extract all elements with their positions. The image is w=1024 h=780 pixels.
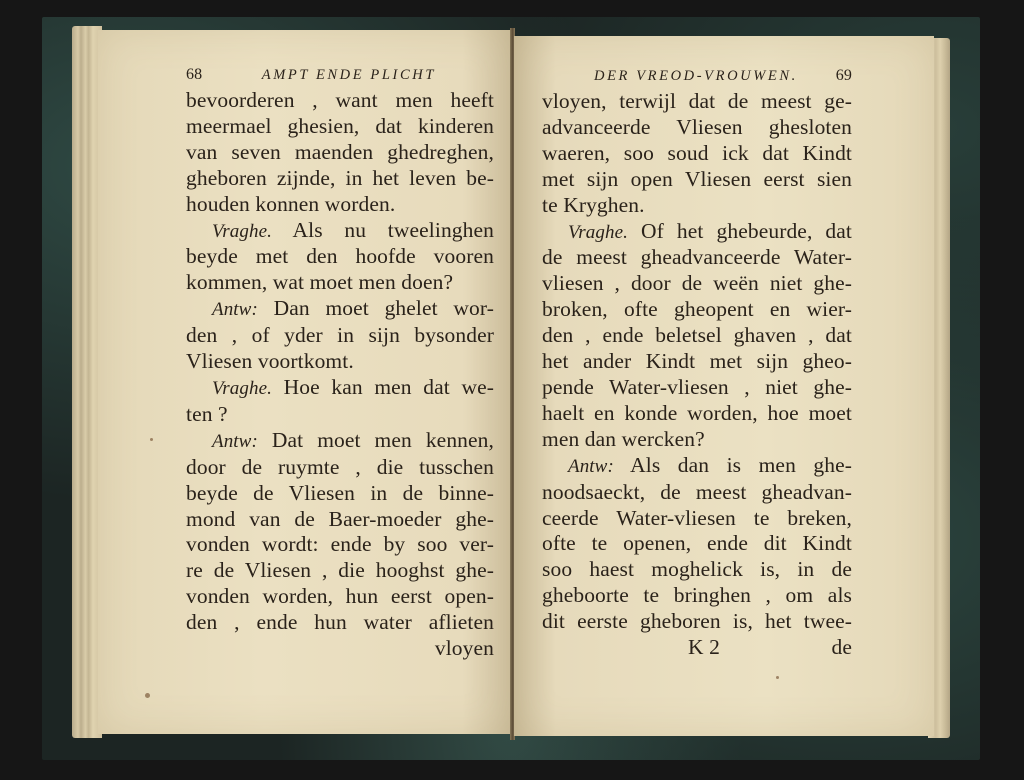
line-text: waeren, soo soud ick dat Kindt xyxy=(542,141,852,165)
text-line: beyde met den hoofde vooren xyxy=(186,244,494,270)
line-text: ofte te openen, ende dit Kindt xyxy=(542,531,852,555)
text-line: den , of yder in sijn bysonder xyxy=(186,323,494,349)
line-text: den , of yder in sijn bysonder xyxy=(186,323,494,347)
line-text: de meest gheadvanceerde Water- xyxy=(542,245,852,269)
text-line: met sijn open Vliesen eerst sien xyxy=(542,167,852,193)
line-text: ten ? xyxy=(186,402,228,426)
line-text: broken, ofte gheopent en wier- xyxy=(542,297,852,321)
text-line: gheboren zijnde, in het leven be- xyxy=(186,166,494,192)
line-text: houden konnen worden. xyxy=(186,192,395,216)
text-line: vonden worden, hun eerst open- xyxy=(186,584,494,610)
text-line: vonden wordt: ende by soo ver- xyxy=(186,532,494,558)
text-line: kommen, wat moet men doen? xyxy=(186,270,494,296)
line-text: door de ruymte , die tusschen xyxy=(186,455,494,479)
right-running-head: DER VREOD-VROUWEN. 69 xyxy=(542,63,852,89)
line-text: Als dan is men ghe- xyxy=(630,453,852,477)
dialogue-label: Antw: xyxy=(212,431,258,452)
text-line: te Kryghen. xyxy=(542,193,852,219)
text-line: haelt en konde worden, hoe moet xyxy=(542,401,852,427)
text-line: ten ? xyxy=(186,402,494,428)
text-line: vloyen, terwijl dat de meest ge- xyxy=(542,89,852,115)
text-line: waeren, soo soud ick dat Kindt xyxy=(542,141,852,167)
text-line: vliesen , door de weën niet ghe- xyxy=(542,271,852,297)
text-line: gheboorte te bringhen , om als xyxy=(542,583,852,609)
line-text: kommen, wat moet men doen? xyxy=(186,270,453,294)
line-text: Als nu tweelinghen xyxy=(293,218,494,242)
text-line: van seven maenden ghedreghen, xyxy=(186,140,494,166)
line-text: Dat moet men kennen, xyxy=(272,428,494,452)
text-line: noodsaeckt, de meest gheadvan- xyxy=(542,480,852,506)
dialogue-label: Vraghe. xyxy=(212,378,272,399)
line-text: vonden worden, hun eerst open- xyxy=(186,584,494,608)
foxing-spot xyxy=(145,693,150,698)
running-head-title: AMPT ENDE PLICHT xyxy=(262,62,436,88)
left-running-head: 68 AMPT ENDE PLICHT xyxy=(186,62,494,88)
line-text: beyde de Vliesen in de binne- xyxy=(186,481,494,505)
line-text: ceerde Water-vliesen te breken, xyxy=(542,506,852,530)
line-text: gheboren zijnde, in het leven be- xyxy=(186,166,494,190)
text-line: dit eerste gheboren is, het twee- xyxy=(542,609,852,635)
line-text: haelt en konde worden, hoe moet xyxy=(542,401,852,425)
text-line: Vraghe. Hoe kan men dat we- xyxy=(186,375,494,402)
dialogue-label: Antw: xyxy=(212,299,258,320)
right-page-text: DER VREOD-VROUWEN. 69 vloyen, terwijl da… xyxy=(542,63,852,661)
catchword: de xyxy=(832,635,853,661)
line-text: dit eerste gheboren is, het twee- xyxy=(542,609,852,633)
line-text: Hoe kan men dat we- xyxy=(284,375,494,399)
dialogue-label: Vraghe. xyxy=(212,221,272,242)
line-text: vliesen , door de weën niet ghe- xyxy=(542,271,852,295)
text-line: broken, ofte gheopent en wier- xyxy=(542,297,852,323)
line-text: meermael ghesien, dat kinderen xyxy=(186,114,494,138)
text-line: ofte te openen, ende dit Kindt xyxy=(542,531,852,557)
line-text: te Kryghen. xyxy=(542,193,645,217)
line-text: soo haest moghelick is, in de xyxy=(542,557,852,581)
text-line: meermael ghesien, dat kinderen xyxy=(186,114,494,140)
text-line: advanceerde Vliesen ghesloten xyxy=(542,115,852,141)
line-text: met sijn open Vliesen eerst sien xyxy=(542,167,852,191)
line-text: re de Vliesen , die hooghst ghe- xyxy=(186,558,494,582)
line-text: den , ende hun water aflieten xyxy=(186,610,494,634)
line-text: mond van de Baer-moeder ghe- xyxy=(186,507,494,531)
text-line: Antw: Als dan is men ghe- xyxy=(542,453,852,480)
text-line: Antw: Dan moet ghelet wor- xyxy=(186,296,494,323)
line-text: vloyen, terwijl dat de meest ge- xyxy=(542,89,852,113)
text-line: den , ende beletsel ghaven , dat xyxy=(542,323,852,349)
text-line: Vraghe. Als nu tweelinghen xyxy=(186,218,494,245)
page-number: 68 xyxy=(186,62,202,88)
line-text: Of het ghebeurde, dat xyxy=(641,219,852,243)
line-text: vonden wordt: ende by soo ver- xyxy=(186,532,494,556)
text-line: beyde de Vliesen in de binne- xyxy=(186,481,494,507)
line-text: pende Water-vliesen , niet ghe- xyxy=(542,375,852,399)
line-text: Dan moet ghelet wor- xyxy=(274,296,494,320)
signature-mark: K 2 xyxy=(688,635,720,661)
text-line: houden konnen worden. xyxy=(186,192,494,218)
left-body: bevoorderen , want men heeftmeermael ghe… xyxy=(186,88,494,636)
line-text: van seven maenden ghedreghen, xyxy=(186,140,494,164)
text-line: door de ruymte , die tusschen xyxy=(186,455,494,481)
dialogue-label: Vraghe. xyxy=(568,222,628,243)
text-line: soo haest moghelick is, in de xyxy=(542,557,852,583)
text-line: ceerde Water-vliesen te breken, xyxy=(542,506,852,532)
text-line: het ander Kindt met sijn gheo- xyxy=(542,349,852,375)
line-text: noodsaeckt, de meest gheadvan- xyxy=(542,480,852,504)
text-line: Vliesen voortkomt. xyxy=(186,349,494,375)
foxing-spot xyxy=(776,676,779,679)
line-text: advanceerde Vliesen ghesloten xyxy=(542,115,852,139)
line-text: Vliesen voortkomt. xyxy=(186,349,354,373)
text-line: pende Water-vliesen , niet ghe- xyxy=(542,375,852,401)
left-page: 68 AMPT ENDE PLICHT bevoorderen , want m… xyxy=(98,30,512,734)
line-text: beyde met den hoofde vooren xyxy=(186,244,494,268)
text-line: Vraghe. Of het ghebeurde, dat xyxy=(542,219,852,246)
text-line: mond van de Baer-moeder ghe- xyxy=(186,507,494,533)
line-text: het ander Kindt met sijn gheo- xyxy=(542,349,852,373)
right-page: DER VREOD-VROUWEN. 69 vloyen, terwijl da… xyxy=(514,36,934,736)
foxing-spot xyxy=(150,438,153,441)
text-line: men dan wercken? xyxy=(542,427,852,453)
right-body: vloyen, terwijl dat de meest ge-advancee… xyxy=(542,89,852,635)
running-head-title: DER VREOD-VROUWEN. xyxy=(594,63,798,89)
line-text: men dan wercken? xyxy=(542,427,705,451)
line-text: den , ende beletsel ghaven , dat xyxy=(542,323,852,347)
left-page-text: 68 AMPT ENDE PLICHT bevoorderen , want m… xyxy=(186,62,494,662)
line-text: gheboorte te bringhen , om als xyxy=(542,583,852,607)
text-line: Antw: Dat moet men kennen, xyxy=(186,428,494,455)
signature-row: K 2 de xyxy=(542,635,852,661)
catchword: vloyen xyxy=(186,636,494,662)
line-text: bevoorderen , want men heeft xyxy=(186,88,494,112)
dialogue-label: Antw: xyxy=(568,456,614,477)
text-line: den , ende hun water aflieten xyxy=(186,610,494,636)
text-line: bevoorderen , want men heeft xyxy=(186,88,494,114)
page-number: 69 xyxy=(836,63,852,89)
text-line: re de Vliesen , die hooghst ghe- xyxy=(186,558,494,584)
text-line: de meest gheadvanceerde Water- xyxy=(542,245,852,271)
